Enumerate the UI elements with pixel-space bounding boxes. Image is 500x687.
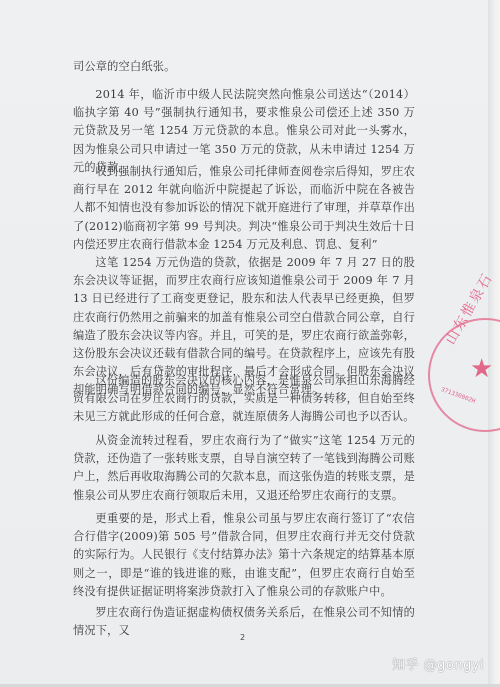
zhihu-watermark: 知乎 @gongyi (392, 654, 484, 673)
paragraph-block: 从资金流转过程看，罗庄农商行为了“做实”这笔 1254 万元的贷款，还伪造了一张… (73, 432, 415, 505)
paragraph-block: 这份编造的股东会决议的核心内容，是惟泉公司承担山东海腾经贸有限公司在罗庄农商行的… (73, 372, 415, 427)
stamp-code: 371330002H (440, 386, 476, 405)
paragraph: 司公章的空白纸张。 (73, 58, 415, 76)
paragraph-block: 更重要的是，形式上看，惟泉公司虽与罗庄农商行签订了“农信合行借字(2009)第 … (73, 510, 415, 601)
paragraph-continuation: 司公章的空白纸张。 (73, 58, 415, 76)
paragraph-block: 收到强制执行通知后，惟泉公司托律师查阅卷宗后得知，罗庄农商行早在 2012 年就… (73, 163, 415, 254)
paragraph: 这份编造的股东会决议的核心内容，是惟泉公司承担山东海腾经贸有限公司在罗庄农商行的… (73, 372, 415, 427)
star-icon: ★ (470, 356, 493, 382)
page-number: 2 (240, 633, 245, 642)
paragraph: 收到强制执行通知后，惟泉公司托律师查阅卷宗后得知，罗庄农商行早在 2012 年就… (73, 163, 415, 254)
paragraph: 从资金流转过程看，罗庄农商行为了“做实”这笔 1254 万元的贷款，还伪造了一张… (73, 432, 415, 505)
paragraph: 更重要的是，形式上看，惟泉公司虽与罗庄农商行签订了“农信合行借字(2009)第 … (73, 510, 415, 601)
